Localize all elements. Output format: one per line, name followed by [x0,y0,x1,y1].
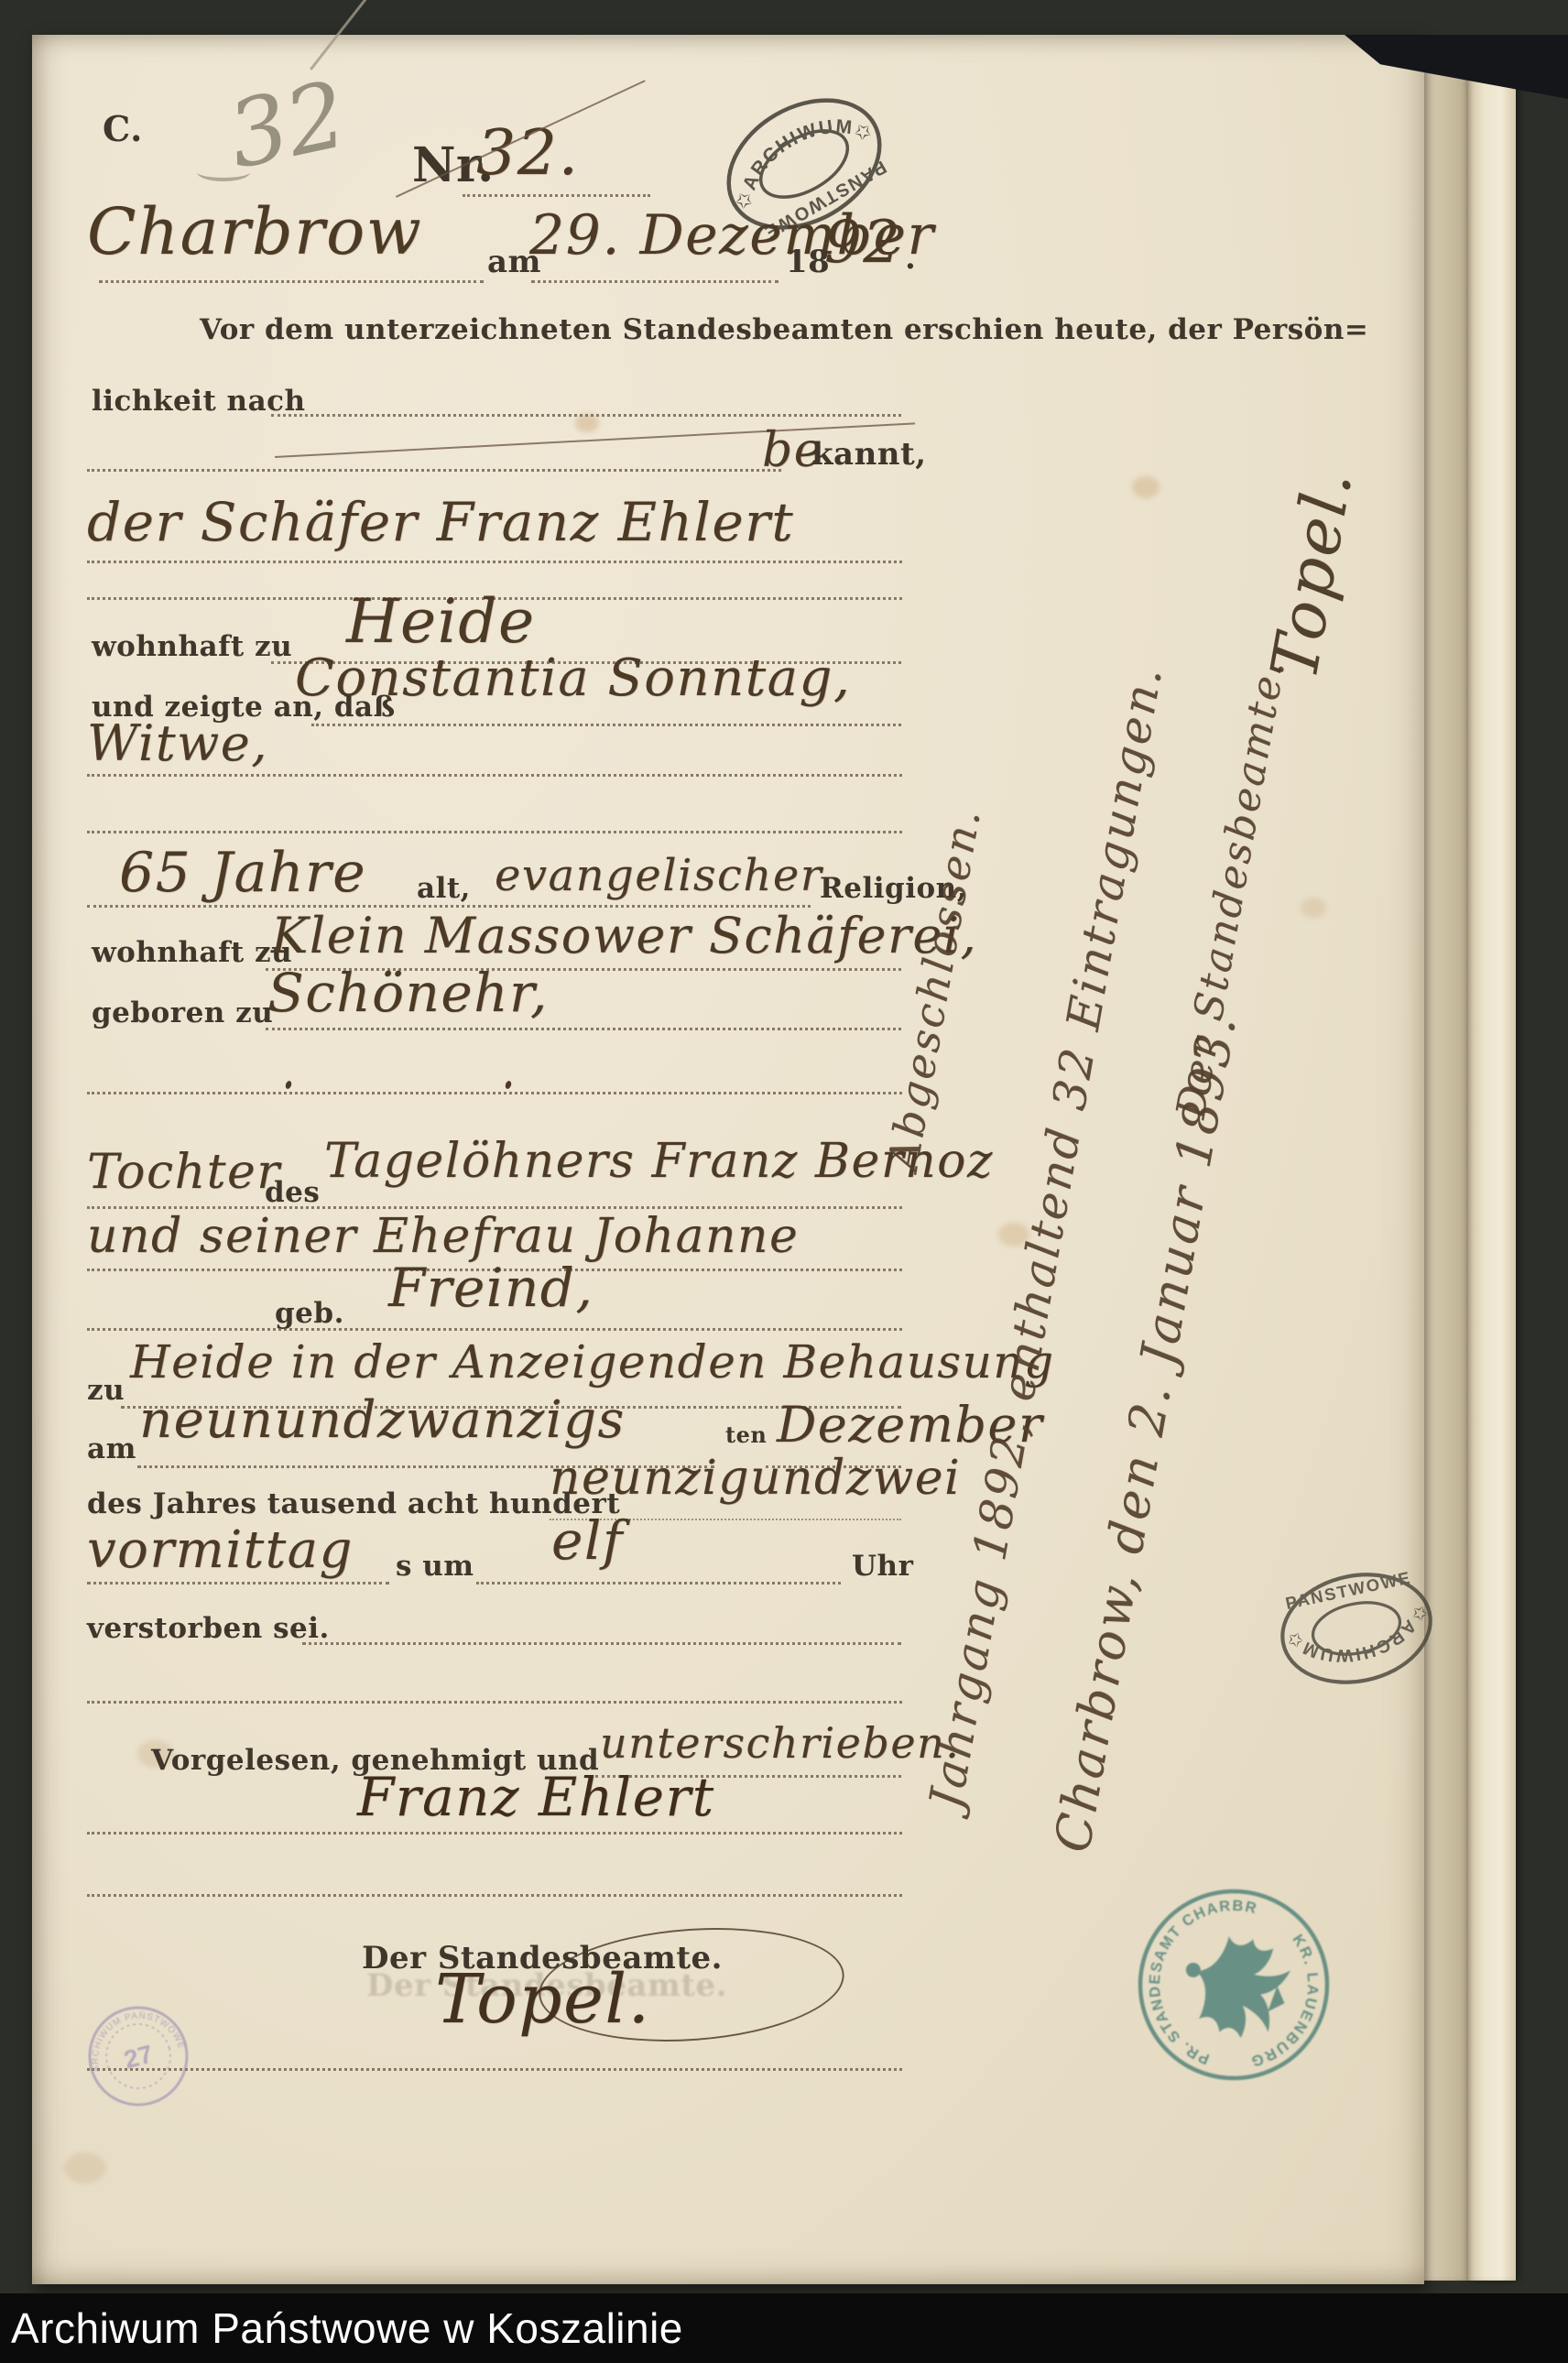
pencil-swoosh [197,163,250,181]
time-line-2 [476,1582,841,1584]
violet-stamp-number: 27 [121,2039,156,2074]
blank-line [87,469,781,472]
record-number-line [463,194,650,197]
religion-value: evangelischer [495,850,822,901]
declarant-signature: Franz Ehlert [357,1766,715,1828]
blank-line [87,1701,902,1704]
alt-label: alt, [417,872,471,905]
stain-spot [64,2152,106,2183]
blank-line [87,1894,902,1897]
ten-suffix-label: ten [725,1421,767,1448]
blank-line [271,414,901,417]
year-handwritten: 92 [824,209,901,277]
death-hour: elf [551,1509,624,1572]
time-line-1 [87,1582,389,1584]
death-day: neunundzwanzigs [139,1390,626,1450]
place-line [99,280,484,283]
stamp-star-icon: ✩ [1285,1628,1305,1652]
prussian-eagle-icon [1170,1921,1301,2049]
form-series-letter: C. [103,108,143,149]
stain-spot [575,414,599,432]
year-words-hand: neunzigundzwei [550,1451,961,1506]
blank-line [87,831,902,833]
intro-line-2: lichkeit nach [92,385,306,418]
unterschrieben-hand: unterschrieben. [600,1718,960,1768]
geb-label: geb. [275,1297,344,1330]
maiden-name: Freind, [388,1257,593,1319]
geboren-label: geboren zu [92,996,273,1029]
des-label: des [265,1176,320,1209]
maiden-line [87,1328,902,1331]
deceased-status: Witwe, [87,714,268,772]
archive-caption-bar: Archiwum Państwowe w Koszalinie [0,2293,1568,2363]
s-um-label: s um [396,1550,474,1583]
mother-line: und seiner Ehefrau Johanne [87,1209,799,1264]
wohnhaft-label-2: wohnhaft zu [92,936,292,969]
declarant-line [87,561,902,563]
registry-place: Charbrow [87,194,422,269]
zu-label: zu [87,1374,125,1407]
blank-line [87,1092,902,1094]
record-number-value: 32. [476,117,580,190]
signature-line [87,1832,902,1835]
status-line [87,774,902,777]
stamp-star-icon: ✩ [1410,1601,1431,1626]
declarant-residence: Heide [346,586,536,657]
bekannt-printed: kannt, [811,436,927,473]
year-words-label: des Jahres tausend acht hundert [87,1487,620,1520]
deceased-name: Constantia Sonntag, [295,648,851,708]
declarant-name: der Schäfer Franz Ehlert [87,491,794,553]
svg-text:ARCHIWUM: ARCHIWUM [1295,1613,1424,1676]
verstorben-label: verstorben sei. [87,1612,330,1645]
document-scan: C. 32 Nr. 32. ARCHIWUM PAŃSTWOWE ✩ ✩ Cha… [0,0,1568,2363]
verstorben-line [302,1642,901,1645]
deceased-line [311,724,901,726]
wohnhaft-label-1: wohnhaft zu [92,630,292,663]
daughter-word: Tochter [87,1145,281,1200]
death-place: Heide in der Anzeigenden Behausung [130,1335,1055,1388]
birthplace: Schönehr, [267,962,549,1024]
archive-caption-text: Archiwum Państwowe w Koszalinie [11,2303,683,2353]
deceased-residence: Klein Massower Schäferei, [271,907,977,964]
deceased-age: 65 Jahre [119,841,366,905]
page-fold-edge [1424,38,1466,2281]
registrar-signature: Topel. [435,1960,651,2039]
stamp-text-archiwum: ARCHIWUM [1295,1613,1424,1676]
stain-spot [1301,898,1326,918]
intro-line-1: Vor dem unterzeichneten Standesbeamten e… [200,313,1368,346]
date-line [531,280,779,283]
am2-label: am [87,1432,136,1465]
underlying-page-edge [1466,46,1516,2281]
uhr-label: Uhr [852,1550,913,1583]
year-period: . [905,240,916,277]
blank-line [87,2068,902,2071]
time-of-day: vormittag [87,1520,354,1580]
stain-spot [1132,476,1160,498]
birthplace-line [266,1028,901,1030]
